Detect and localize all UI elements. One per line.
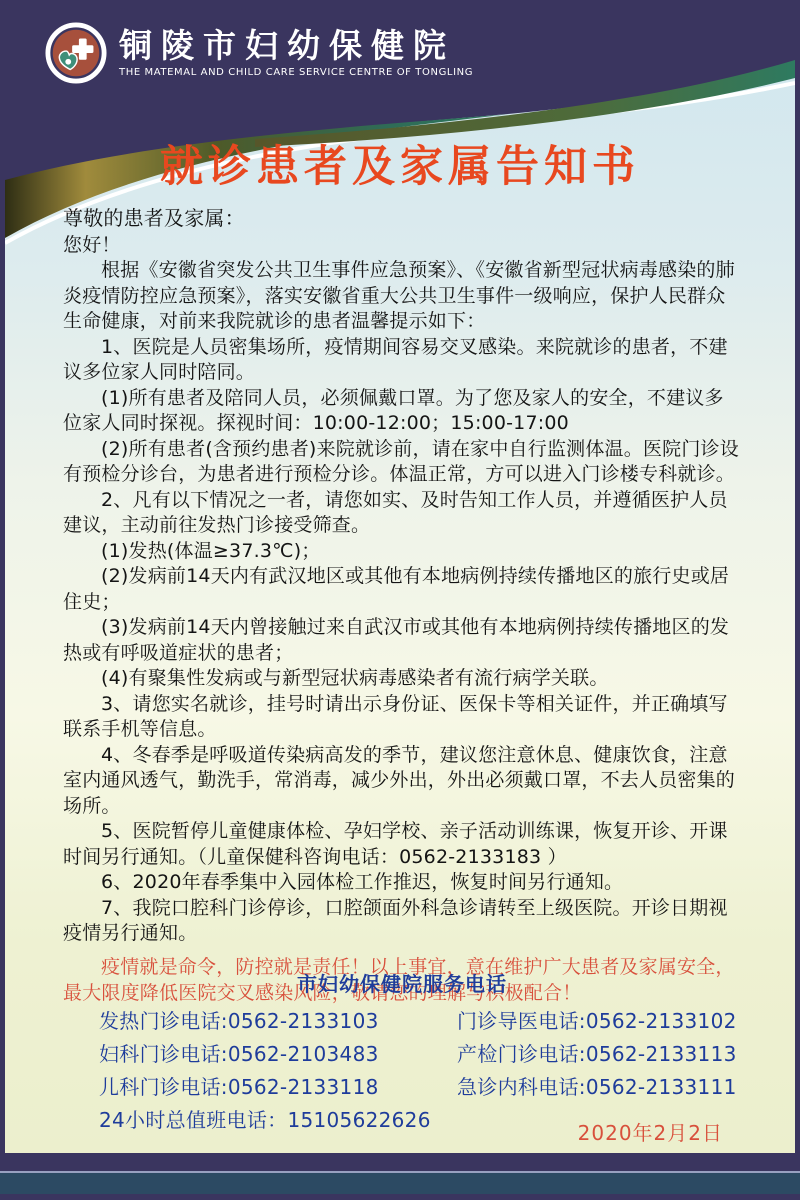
notice-paragraph: 6、2020年春季集中入园体检工作推迟，恢复时间另行通知。 — [63, 870, 741, 896]
phone-entry: 24小时总值班电话：15105622626 — [99, 1104, 457, 1137]
greeting: 您好！ — [63, 232, 741, 258]
notice-paragraph: 根据《安徽省突发公共卫生事件应急预案》、《安徽省新型冠状病毒感染的肺炎疫情防控应… — [63, 258, 741, 335]
phone-directory: 市妇幼保健院服务电话 发热门诊电话:0562-2133103 门诊导医电话:05… — [63, 972, 741, 1137]
notice-paragraph: 5、医院暂停儿童健康体检、孕妇学校、亲子活动训练课，恢复开诊、开课时间另行通知。… — [63, 819, 741, 870]
hospital-logo-icon — [45, 22, 107, 84]
phone-entry: 产检门诊电话:0562-2133113 — [457, 1038, 741, 1071]
notice-paragraph: (2)发病前14天内有武汉地区或其他有本地病例持续传播地区的旅行史或居住史； — [63, 564, 741, 615]
notice-paragraph: (4)有聚集性发病或与新型冠状病毒感染者有流行病学关联。 — [63, 666, 741, 692]
notice-paragraph: 2、凡有以下情况之一者，请您如实、及时告知工作人员，并遵循医护人员建议，主动前往… — [63, 488, 741, 539]
hospital-name-en: THE MATEMAL AND CHILD CARE SERVICE CENTR… — [119, 66, 473, 79]
issue-date: 2020年2月2日 — [578, 1120, 723, 1146]
notice-paragraph: (3)发病前14天内曾接触过来自武汉市或其他有本地病例持续传播地区的发热或有呼吸… — [63, 615, 741, 666]
phone-entry: 发热门诊电话:0562-2133103 — [99, 1005, 457, 1038]
phone-entry: 儿科门诊电话:0562-2133118 — [99, 1071, 457, 1104]
notice-paragraph: 3、请您实名就诊，挂号时请出示身份证、医保卡等相关证件，并正确填写联系手机等信息… — [63, 692, 741, 743]
footer-steel-strip — [0, 1173, 800, 1194]
hospital-name: 铜陵市妇幼保健院 — [119, 28, 473, 64]
notice-title: 就诊患者及家属告知书 — [5, 141, 795, 193]
notice-paragraph: 7、我院口腔科门诊停诊，口腔颌面外科急诊请转至上级医院。开诊日期视疫情另行通知。 — [63, 896, 741, 947]
notice-paragraph: (1)所有患者及陪同人员，必须佩戴口罩。为了您及家人的安全，不建议多位家人同时探… — [63, 386, 741, 437]
hospital-name-block: 铜陵市妇幼保健院 THE MATEMAL AND CHILD CARE SERV… — [119, 28, 473, 79]
notice-paragraph: 1、医院是人员密集场所，疫情期间容易交叉感染。来院就诊的患者，不建议多位家人同时… — [63, 335, 741, 386]
phone-entry: 急诊内科电话:0562-2133111 — [457, 1071, 741, 1104]
phone-entry: 门诊导医电话:0562-2133102 — [457, 1005, 741, 1038]
phone-directory-title: 市妇幼保健院服务电话 — [63, 972, 741, 996]
salutation: 尊敬的患者及家属： — [63, 205, 741, 232]
phone-entry: 妇科门诊电话:0562-2103483 — [99, 1038, 457, 1071]
notice-text-block: 尊敬的患者及家属： 您好！ 根据《安徽省突发公共卫生事件应急预案》、《安徽省新型… — [63, 205, 741, 1007]
notice-paragraph: (1)发热(体温≥37.3℃)； — [63, 539, 741, 565]
phone-grid: 发热门诊电话:0562-2133103 门诊导医电话:0562-2133102 … — [63, 1005, 741, 1137]
notice-poster: 铜陵市妇幼保健院 THE MATEMAL AND CHILD CARE SERV… — [0, 0, 800, 1200]
poster-body: 铜陵市妇幼保健院 THE MATEMAL AND CHILD CARE SERV… — [5, 0, 795, 1153]
notice-paragraph: (2)所有患者(含预约患者)来院就诊前，请在家中自行监测体温。医院门诊设有预检分… — [63, 437, 741, 488]
notice-paragraph: 4、冬春季是呼吸道传染病高发的季节，建议您注意休息、健康饮食，注意室内通风透气，… — [63, 743, 741, 820]
hospital-brand: 铜陵市妇幼保健院 THE MATEMAL AND CHILD CARE SERV… — [45, 22, 473, 84]
